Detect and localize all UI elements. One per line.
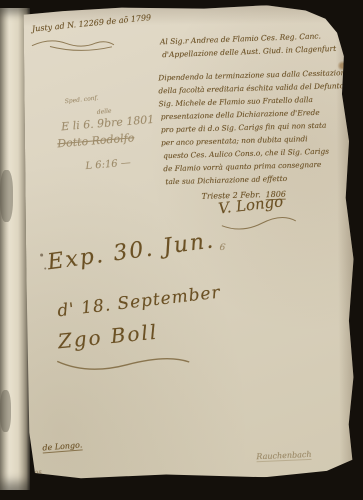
margin-note-5: L 6:16 — xyxy=(85,158,131,172)
margin-note-1: Sped. conf. xyxy=(64,95,98,105)
body-line: questo Ces. Aulico Cons.o, che il Sig. C… xyxy=(163,148,329,160)
signature-flourish xyxy=(220,219,300,232)
expedition-note: Exp. 30. Jun. xyxy=(46,229,216,274)
registrar-name: de Longo. xyxy=(42,441,83,454)
scanned-manuscript: Justy ad N. 12269 de aō 1799 Al Sig.r An… xyxy=(0,0,363,500)
body-line: tale sua Dichiarazione ad effetto xyxy=(165,175,287,186)
body-line: per anco presentata; non dubita quindi xyxy=(161,135,308,147)
clerk-flourish xyxy=(53,356,193,373)
receiving-signature: Rauchenbach xyxy=(256,451,312,463)
expedition-date: d' 18. September xyxy=(57,285,222,322)
binding-shadow-patch xyxy=(0,390,11,432)
ink-speck xyxy=(40,254,43,257)
margin-note-2: delle xyxy=(97,109,112,117)
margin-note-3: E li 6. 9bre 1801 xyxy=(61,114,155,133)
clerk-signature: Zgo Boll xyxy=(57,322,159,353)
body-line: Dipendendo la terminazione sua dalla Ces… xyxy=(158,69,350,82)
body-line: pro parte di d.o Sig. Carigs fin qui non… xyxy=(161,122,327,134)
archival-note: Justy ad N. 12269 de aō 1799 xyxy=(32,14,152,34)
folio-number: 605 xyxy=(30,471,42,478)
body-line: Sig. Michele de Flamio suo Fratello dall… xyxy=(159,96,313,108)
body-line: presentazione della Dichiarazione d'Ered… xyxy=(161,109,320,121)
binding-shadow-patch xyxy=(0,170,13,222)
body-line: della facoltà ereditaria éschita valida … xyxy=(158,82,344,95)
stray-mark: 6 xyxy=(219,244,226,254)
address-line-2: d'Appellazione delle Aust. Giud. in Clag… xyxy=(162,45,336,59)
address-line-1: Al Sig.r Andrea de Flamio Ces. Reg. Canc… xyxy=(160,32,321,46)
flourish-underline xyxy=(30,37,130,52)
body-line: de Flamio vorrà quanto prima consegnare xyxy=(163,161,321,173)
manuscript-page: Justy ad N. 12269 de aō 1799 Al Sig.r An… xyxy=(24,4,357,479)
ink-speck xyxy=(44,268,46,270)
secretary-signature: V. Longo xyxy=(218,194,284,217)
margin-note-4: Dotto Rodolfo xyxy=(57,132,135,150)
